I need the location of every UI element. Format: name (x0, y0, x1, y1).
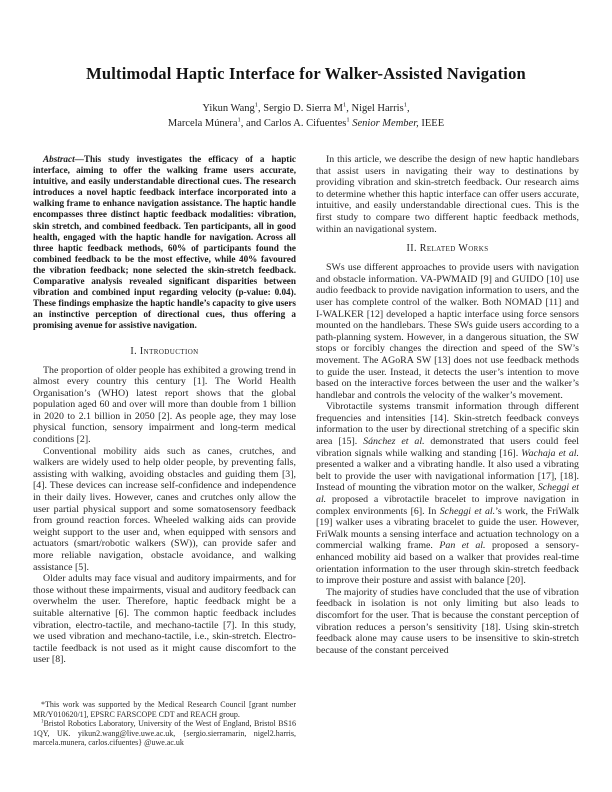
intro-paragraph-3: Older adults may face visual and auditor… (33, 573, 296, 666)
intro-paragraph-1: The proportion of older people has exhib… (33, 365, 296, 446)
footnote-block: *This work was supported by the Medical … (33, 700, 296, 748)
paper-page: Multimodal Haptic Interface for Walker-A… (0, 0, 612, 792)
funding-footnote: *This work was supported by the Medical … (33, 700, 296, 719)
abstract-paragraph: Abstract—This study investigates the eff… (33, 154, 296, 332)
author-line-1: Yikun Wang1, Sergio D. Sierra M1, Nigel … (33, 101, 579, 116)
related-works-paragraph-2: Vibrotactile systems transmit informatio… (316, 401, 579, 587)
right-column: In this article, we describe the design … (316, 154, 579, 748)
author-block: Yikun Wang1, Sergio D. Sierra M1, Nigel … (33, 101, 579, 131)
section-heading-related-works: II. Related Works (316, 243, 579, 254)
footnote-spacer (33, 666, 296, 700)
related-works-paragraph-1: SWs use different approaches to provide … (316, 262, 579, 401)
section-heading-introduction: I. Introduction (33, 346, 296, 357)
related-works-paragraph-3: The majority of studies have concluded t… (316, 587, 579, 657)
left-column: Abstract—This study investigates the eff… (33, 154, 296, 748)
intro-paragraph-2: Conventional mobility aids such as canes… (33, 446, 296, 574)
two-column-body: Abstract—This study investigates the eff… (33, 154, 579, 748)
paper-title: Multimodal Haptic Interface for Walker-A… (33, 64, 579, 84)
author-line-2: Marcela Múnera1, and Carlos A. Cifuentes… (33, 116, 579, 131)
affiliation-footnote: 1Bristol Robotics Laboratory, University… (33, 719, 296, 748)
intro-paragraph-4: In this article, we describe the design … (316, 154, 579, 235)
